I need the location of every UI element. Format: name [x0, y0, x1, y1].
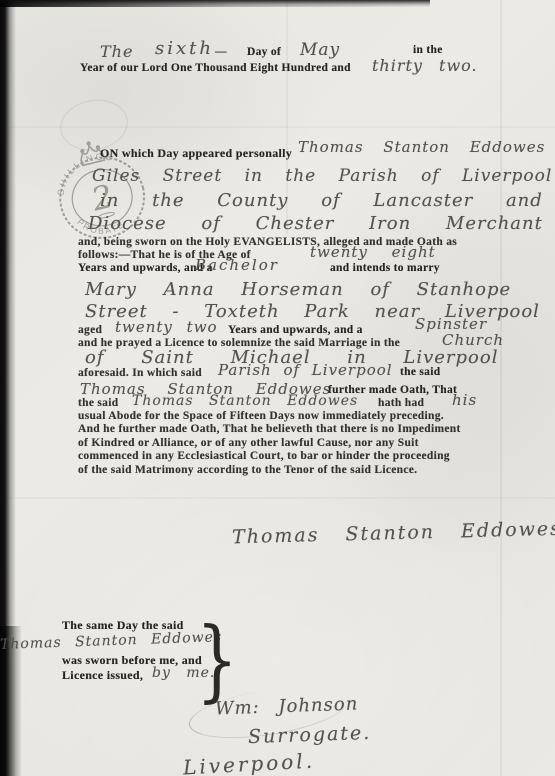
printed-aforesaid: aforesaid. In which said	[78, 367, 202, 379]
printed-day-of: Day of	[247, 46, 281, 58]
handwritten-bachelor: Bachelor	[195, 256, 279, 274]
handwritten-deponent-name-1: Thomas Stanton Eddowes	[298, 138, 545, 156]
printed-years-upwards-2: Years and upwards, and a	[228, 324, 363, 336]
printed-tenor-of-licence: of the said Matrimony according to the T…	[78, 464, 417, 476]
printed-licence-issued: Licence issued,	[62, 668, 143, 683]
printed-kindred-alliance: of Kindred or Alliance, or of any other …	[78, 437, 419, 449]
handwritten-attestation-name: Thomas Stanton Eddowes	[0, 629, 222, 653]
printed-in-the: in the	[413, 44, 443, 56]
handwritten-day-word: sixth	[155, 38, 214, 59]
printed-year-of-our-lord: Year of our Lord One Thousand Eight Hund…	[80, 62, 351, 74]
handwritten-address-line-2: in the County of Lancaster and	[100, 190, 543, 211]
printed-aged: aged	[78, 324, 102, 336]
surrogate-title: Surrogate.	[248, 722, 372, 748]
printed-the-said-2: the said	[78, 397, 118, 409]
printed-no-impediment: And he further made Oath, That he believ…	[78, 423, 461, 435]
handwritten-the: The	[100, 42, 133, 61]
printed-intends-to-marry: and intends to marry	[330, 262, 440, 274]
fold-line-vertical-right	[500, 0, 502, 776]
handwritten-parish-of-liverpool: Parish of Liverpool	[218, 361, 393, 379]
printed-the-said-1: the said	[400, 366, 440, 378]
surrogate-signature-name: Wm: Johnson	[215, 694, 359, 720]
printed-hath-had: hath had	[378, 397, 424, 409]
handwritten-address-line-1: Giles Street in the Parish of Liverpool	[92, 166, 552, 186]
document-page: The sixth — Day of May in the Year of ou…	[0, 0, 555, 776]
handwritten-bride-line-1: Mary Anna Horseman of Stanhope	[85, 279, 511, 300]
deponent-signature: Thomas Stanton Eddowes	[232, 518, 555, 549]
handwritten-month: May	[300, 40, 340, 60]
fold-line-horizontal-lower	[0, 497, 555, 499]
printed-usual-abode: usual Abode for the Space of Fifteen Day…	[78, 410, 444, 422]
handwritten-address-line-3: Diocese of Chester Iron Merchant	[88, 213, 543, 234]
attestation-brace: }	[196, 608, 238, 712]
handwritten-his: his	[452, 391, 477, 409]
printed-appeared-personally: ON which Day appeared personally	[100, 146, 292, 161]
handwritten-year: thirty two.	[372, 56, 478, 75]
handwritten-age-groom: twenty eight	[310, 243, 436, 261]
printed-ecclesiastical-court: commenced in any Ecclesiastical Court, t…	[78, 450, 450, 462]
handwritten-age-bride: twenty two	[115, 318, 218, 336]
printed-years-upwards-1: Years and upwards, and a	[78, 262, 213, 274]
handwritten-deponent-name-3: Thomas Stanton Eddowes	[132, 393, 358, 409]
scan-edge-top	[0, 0, 430, 7]
surrogate-place: Liverpool.	[182, 749, 315, 776]
printed-dash: —	[215, 46, 227, 58]
